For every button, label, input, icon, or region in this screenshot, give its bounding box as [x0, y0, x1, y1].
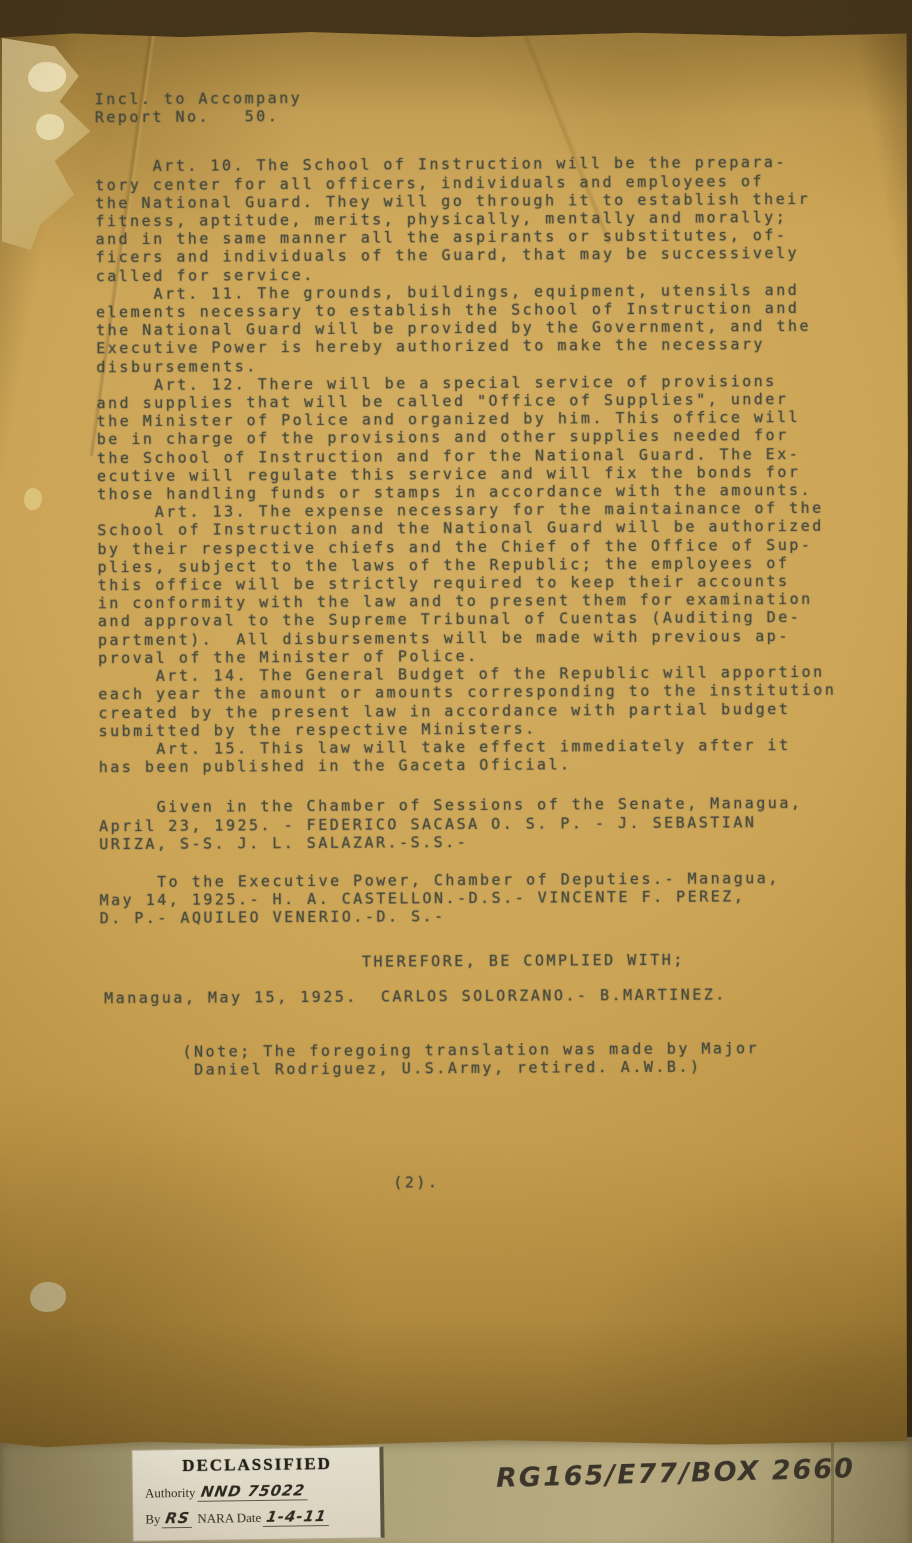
- authority-label: Authority: [145, 1485, 196, 1501]
- senate-passage: Given in the Chamber of Sessions of the …: [99, 794, 845, 853]
- translator-note: (Note; The foregoing translation was mad…: [100, 1039, 846, 1080]
- declassified-by-row: By RS NARA Date 1-4-11: [145, 1506, 370, 1528]
- paper-chip: [24, 488, 42, 510]
- deputies-passage: To the Executive Power, Chamber of Deput…: [99, 869, 845, 928]
- declassified-authority-row: Authority NND 75022: [145, 1480, 370, 1502]
- paragraph-article-13: Art. 13. The expense necessary for the m…: [97, 499, 844, 667]
- paragraph-article-14: Art. 14. The General Budget of the Repub…: [98, 663, 844, 740]
- nara-date-handwritten-value: 1-4-11: [263, 1507, 332, 1527]
- paragraph-article-10: Art. 10. The School of Instruction will …: [95, 153, 842, 285]
- by-label: By: [145, 1511, 160, 1526]
- by-handwritten-initials: RS: [162, 1509, 195, 1528]
- authority-handwritten-value: NND 75022: [197, 1481, 310, 1502]
- enclosure-header: Incl. to Accompany Report No. 50.: [95, 86, 841, 127]
- document-page: Incl. to Accompany Report No. 50. Art. 1…: [0, 30, 912, 1448]
- paper-chip: [30, 1282, 66, 1312]
- typewritten-text: Incl. to Accompany Report No. 50. Art. 1…: [95, 86, 848, 1194]
- paragraph-article-11: Art. 11. The grounds, buildings, equipme…: [96, 281, 843, 377]
- declassified-stamp: DECLASSIFIED Authority NND 75022 By RS N…: [131, 1446, 384, 1542]
- promulgation-line: Managua, May 15, 1925. CARLOS SOLORZANO.…: [100, 984, 846, 1007]
- paragraph-article-15: Art. 15. This law will take effect immed…: [99, 736, 845, 777]
- scanned-document-photo: Incl. to Accompany Report No. 50. Art. 1…: [0, 0, 912, 1543]
- page-number: (2).: [101, 1171, 847, 1194]
- nara-date-label: NARA Date: [197, 1510, 261, 1526]
- declassified-title: DECLASSIFIED: [144, 1453, 369, 1476]
- therefore-clause: THEREFORE, BE COMPLIED WITH;: [100, 949, 846, 972]
- paragraph-article-12: Art. 12. There will be a special service…: [96, 372, 843, 504]
